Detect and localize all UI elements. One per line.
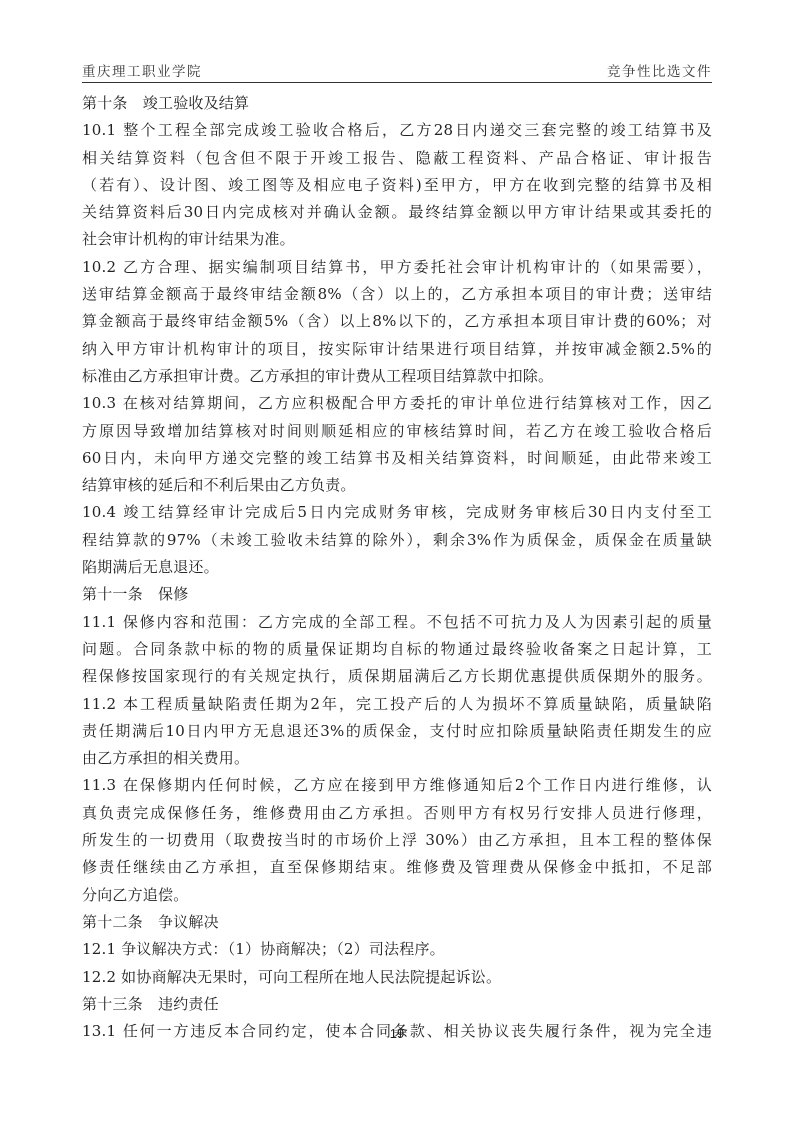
paragraph-line: 10.3 在核对结算期间，乙方应积极配合甲方委托的审计单位进行结算核对工作，因乙 (82, 390, 712, 417)
paragraph-line: （若有）、设计图、竣工图等及相应电子资料)至甲方，甲方在收到完整的结算书及相 (82, 172, 712, 199)
paragraph-line: 问题。合同条款中标的物的质量保证期均自标的物通过最终验收备案之日起计算，工 (82, 636, 712, 663)
paragraph-line: 12.2 如协商解决无果时，可向工程所在地人民法院提起诉讼。 (82, 964, 712, 991)
paragraph-line: 11.3 在保修期内任何时候，乙方应在接到甲方维修通知后2个工作日内进行维修，认 (82, 772, 712, 799)
paragraph-line: 11.1 保修内容和范围：乙方完成的全部工程。不包括不可抗力及人为因素引起的质量 (82, 609, 712, 636)
paragraph-line: 送审结算金额高于最终审结金额8%（含）以上的，乙方承担本项目的审计费；送审结 (82, 281, 712, 308)
paragraph-line: 社会审计机构的审计结果为准。 (82, 226, 712, 253)
paragraph-line: 修责任继续由乙方承担，直至保修期结束。维修费及管理费从保修金中抵扣，不足部 (82, 854, 712, 881)
paragraph-line: 标准由乙方承担审计费。乙方承担的审计费从工程项目结算款中扣除。 (82, 363, 712, 390)
paragraph-line: 算金额高于最终审结金额5%（含）以上8%以下的，乙方承担本项目审计费的60%；对 (82, 308, 712, 335)
section-heading: 第十一条 保修 (82, 581, 712, 608)
paragraph-line: 结算审核的延后和不利后果由乙方负责。 (82, 472, 712, 499)
document-body: 第十条 竣工验收及结算10.1 整个工程全部完成竣工验收合格后，乙方28日内递交… (82, 90, 712, 1045)
paragraph-line: 10.2 乙方合理、据实编制项目结算书，甲方委托社会审计机构审计的（如果需要）， (82, 254, 712, 281)
section-heading: 第十三条 违约责任 (82, 991, 712, 1018)
page-header: 重庆理工职业学院 竞争性比选文件 (82, 58, 712, 83)
paragraph-line: 陷期满后无息退还。 (82, 554, 712, 581)
header-institution: 重庆理工职业学院 (82, 60, 202, 80)
section-heading: 第十二条 争议解决 (82, 909, 712, 936)
section-heading: 第十条 竣工验收及结算 (82, 90, 712, 117)
paragraph-line: 12.1 争议解决方式：（1）协商解决；（2）司法程序。 (82, 936, 712, 963)
paragraph-line: 10.1 整个工程全部完成竣工验收合格后，乙方28日内递交三套完整的竣工结算书及 (82, 117, 712, 144)
paragraph-line: 由乙方承担的相关费用。 (82, 745, 712, 772)
paragraph-line: 分向乙方追偿。 (82, 882, 712, 909)
paragraph-line: 真负责完成保修任务，维修费用由乙方承担。否则甲方有权另行安排人员进行修理， (82, 800, 712, 827)
paragraph-line: 方原因导致增加结算核对时间则顺延相应的审核结算时间，若乙方在竣工验收合格后 (82, 418, 712, 445)
paragraph-line: 相关结算资料（包含但不限于开竣工报告、隐蔽工程资料、产品合格证、审计报告 (82, 145, 712, 172)
paragraph-line: 60日内，未向甲方递交完整的竣工结算书及相关结算资料，时间顺延，由此带来竣工 (82, 445, 712, 472)
paragraph-line: 所发生的一切费用（取费按当时的市场价上浮 30%）由乙方承担，且本工程的整体保 (82, 827, 712, 854)
paragraph-line: 纳入甲方审计机构审计的项目，按实际审计结果进行项目结算，并按审减金额2.5%的 (82, 336, 712, 363)
paragraph-line: 11.2 本工程质量缺陷责任期为2年，完工投产后的人为损坏不算质量缺陷，质量缺陷 (82, 691, 712, 718)
page-number: 19 (0, 1026, 794, 1041)
header-document-type: 竞争性比选文件 (607, 60, 712, 80)
paragraph-line: 责任期满后10日内甲方无息退还3%的质保金，支付时应扣除质量缺陷责任期发生的应 (82, 718, 712, 745)
paragraph-line: 程保修按国家现行的有关规定执行，质保期届满后乙方长期优惠提供质保期外的服务。 (82, 663, 712, 690)
paragraph-line: 关结算资料后30日内完成核对并确认金额。最终结算金额以甲方审计结果或其委托的 (82, 199, 712, 226)
paragraph-line: 10.4 竣工结算经审计完成后5日内完成财务审核，完成财务审核后30日内支付至工 (82, 499, 712, 526)
paragraph-line: 程结算款的97%（未竣工验收未结算的除外），剩余3%作为质保金，质保金在质量缺 (82, 527, 712, 554)
